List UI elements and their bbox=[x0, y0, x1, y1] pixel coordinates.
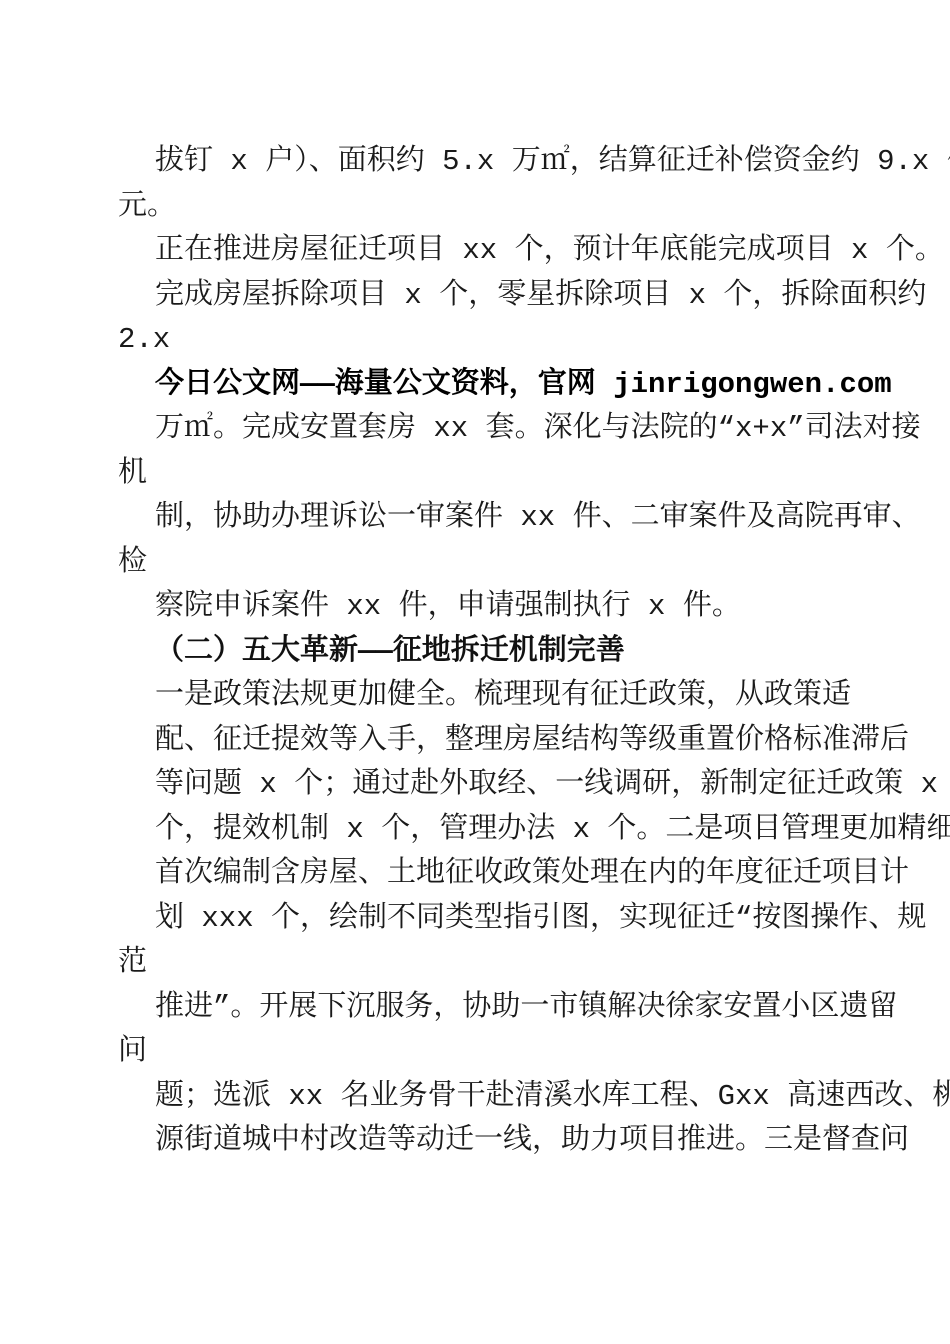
text-line: 检 bbox=[118, 541, 950, 586]
text-line-segment: 元。 bbox=[118, 190, 176, 223]
text-line-segment: 个，提效机制 x 个，管理办法 x 个。 bbox=[155, 813, 665, 846]
text-line: 源街道城中村改造等动迁一线，助力项目推进。三是督查问 bbox=[118, 1119, 950, 1164]
text-line: 划 xxx 个，绘制不同类型指引图，实现征迁“按图操作、规 bbox=[118, 897, 950, 942]
text-line-segment: 等问题 x 个；通过赴外取经、一线调研，新制定征迁政策 x bbox=[155, 768, 938, 801]
text-line-segment: 划 xxx 个，绘制不同类型指引图，实现征迁“按图操作、规 bbox=[155, 902, 926, 935]
text-line: 元。 bbox=[118, 185, 950, 230]
text-line-segment: 二是项目管理更加精细。 bbox=[665, 813, 950, 846]
text-line-segment: 源街道城中村改造等动迁一线，助力项目推进。 bbox=[155, 1124, 764, 1157]
text-line: 正在推进房屋征迁项目 xx 个，预计年底能完成项目 x 个。 bbox=[118, 229, 950, 274]
text-line-segment: 检 bbox=[118, 546, 147, 579]
text-line-segment: 三是督查问 bbox=[764, 1124, 909, 1157]
text-line: 范 bbox=[118, 941, 950, 986]
text-line: 问 bbox=[118, 1030, 950, 1075]
section-heading: （二）五大革新——征地拆迁机制完善 bbox=[118, 630, 950, 675]
text-line-segment: 完成房屋拆除项目 x 个，零星拆除项目 x 个，拆除面积约 bbox=[155, 279, 926, 312]
text-line: 拔钉 x 户）、面积约 5.x 万㎡，结算征迁补偿资金约 9.x 亿 bbox=[118, 140, 950, 185]
text-line: 万㎡。完成安置套房 xx 套。深化与法院的“x+x”司法对接 bbox=[118, 407, 950, 452]
text-line-segment: 梳理现有征迁政策，从政策适 bbox=[474, 679, 851, 712]
text-line: 首次编制含房屋、土地征收政策处理在内的年度征迁项目计 bbox=[118, 852, 950, 897]
text-line-segment: 机 bbox=[118, 457, 147, 490]
text-line: 完成房屋拆除项目 x 个，零星拆除项目 x 个，拆除面积约 bbox=[118, 274, 950, 319]
text-line: 机 bbox=[118, 452, 950, 497]
text-line: 等问题 x 个；通过赴外取经、一线调研，新制定征迁政策 x bbox=[118, 763, 950, 808]
promo-line: 今日公文网——海量公文资料，官网 jinrigongwen.com bbox=[118, 363, 950, 408]
text-line: 推进”。开展下沉服务，协助一市镇解决徐家安置小区遗留 bbox=[118, 986, 950, 1031]
text-line-segment: 2.x bbox=[118, 323, 170, 356]
text-line-segment: 题；选派 xx 名业务骨干赴清溪水库工程、Gxx 高速西改、桃 bbox=[155, 1080, 950, 1113]
text-line: 一是政策法规更加健全。梳理现有征迁政策，从政策适 bbox=[118, 674, 950, 719]
promo-line-segment: 今日公文网——海量公文资料，官网 jinrigongwen.com bbox=[155, 368, 892, 401]
text-line-segment: 正在推进房屋征迁项目 xx 个，预计年底能完成项目 x 个。 bbox=[155, 234, 944, 267]
text-line-segment: 范 bbox=[118, 946, 147, 979]
text-line: 配、征迁提效等入手，整理房屋结构等级重置价格标准滞后 bbox=[118, 719, 950, 764]
document-text-block: 拔钉 x 户）、面积约 5.x 万㎡，结算征迁补偿资金约 9.x 亿元。正在推进… bbox=[118, 140, 950, 1164]
text-line: 个，提效机制 x 个，管理办法 x 个。二是项目管理更加精细。 bbox=[118, 808, 950, 853]
text-line-segment: 推进”。开展下沉服务，协助一市镇解决徐家安置小区遗留 bbox=[155, 991, 897, 1024]
text-line-segment: 察院申诉案件 xx 件，申请强制执行 x 件。 bbox=[155, 590, 741, 623]
text-line-segment: 制，协助办理诉讼一审案件 xx 件、二审案件及高院再审、 bbox=[155, 501, 921, 534]
text-line-segment: 万㎡。完成安置套房 xx 套。深化与法院的“x+x”司法对接 bbox=[155, 412, 921, 445]
section-heading-segment: （二）五大革新——征地拆迁机制完善 bbox=[155, 635, 625, 668]
text-line-segment: 问 bbox=[118, 1035, 147, 1068]
text-line-segment: 首次编制含房屋、土地征收政策处理在内的年度征迁项目计 bbox=[155, 857, 909, 890]
text-line-segment: 拔钉 x 户）、面积约 5.x 万㎡，结算征迁补偿资金约 9.x 亿 bbox=[155, 145, 950, 178]
text-line: 2.x bbox=[118, 318, 950, 363]
text-line-segment: 一是政策法规更加健全。 bbox=[155, 679, 474, 712]
document-page: 拔钉 x 户）、面积约 5.x 万㎡，结算征迁补偿资金约 9.x 亿元。正在推进… bbox=[0, 0, 950, 1344]
text-line: 题；选派 xx 名业务骨干赴清溪水库工程、Gxx 高速西改、桃 bbox=[118, 1075, 950, 1120]
text-line: 制，协助办理诉讼一审案件 xx 件、二审案件及高院再审、 bbox=[118, 496, 950, 541]
text-line: 察院申诉案件 xx 件，申请强制执行 x 件。 bbox=[118, 585, 950, 630]
text-line-segment: 配、征迁提效等入手，整理房屋结构等级重置价格标准滞后 bbox=[155, 724, 909, 757]
